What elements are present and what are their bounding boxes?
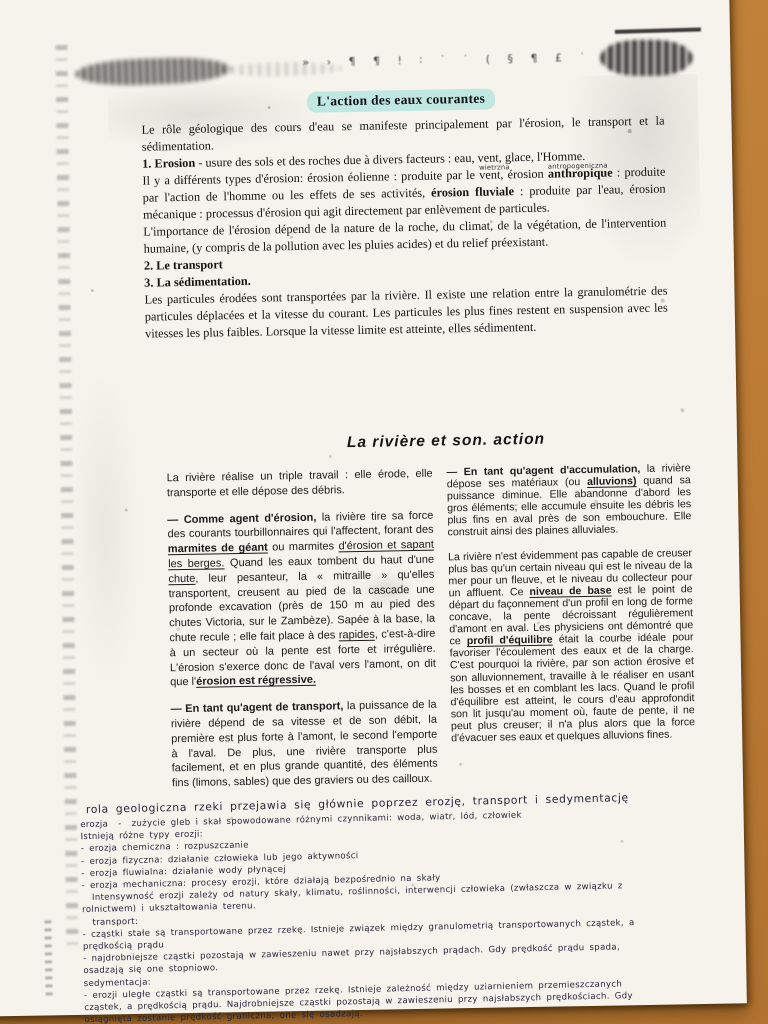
article-lead: La rivière réalise un triple travail : e… (167, 467, 433, 501)
scan-smudge-top-left (75, 56, 231, 87)
scanned-page: » › ¶ ¶ ! ∶ ˙ ˙ ( § ¶ £ ˙ L'action des e… (0, 0, 747, 1017)
scan-stain (68, 369, 144, 690)
scan-pen-marks-bottom-left (44, 920, 52, 1000)
article-paragraph-transport-agent: — En tant qu'agent de transport, la puis… (171, 698, 439, 791)
handwritten-notes: rola geologiczna rzeki przejawia się głó… (80, 791, 657, 1024)
page-title-wrap: L'action des eaux courantes (141, 86, 661, 116)
scan-line-top-right (615, 27, 701, 33)
article-clipping: La rivière et son. action La rivière réa… (166, 428, 696, 803)
scan-ink-marks: » › ¶ ¶ ! ∶ ˙ ˙ ( § ¶ £ ˙ (302, 50, 632, 74)
handwritten-annotation: antropogeniczna (548, 157, 608, 175)
article-columns: La rivière réalise un triple travail : e… (167, 462, 697, 803)
article-heading: La rivière et son. action (166, 428, 690, 455)
article-column-left: La rivière réalise un triple travail : e… (167, 467, 439, 804)
note-lines: erozja - zużycie gleb i skał spowodowane… (80, 807, 656, 1024)
intro-paragraph-erosion-types: Il y a différents types d'érosion: érosi… (142, 164, 666, 224)
article-column-right: — En tant qu'agent d'accumulation, la ri… (446, 462, 696, 798)
handwritten-annotation: wietrzna (479, 159, 510, 177)
scan-smudge-top-left-tail (222, 61, 342, 77)
article-paragraph-base-level: La rivière n'est évidemment pas capable … (448, 547, 695, 745)
article-paragraph-accumulation-agent: — En tant qu'agent d'accumulation, la ri… (446, 462, 691, 539)
scan-binding-band-left (55, 45, 78, 950)
article-paragraph-erosion-agent: — Comme agent d'érosion, la rivière tire… (167, 508, 436, 690)
page-title: L'action des eaux courantes (307, 89, 496, 113)
scan-smudge-top-right (600, 40, 692, 76)
intro-paragraph-particles: Les particules érodées sont transportées… (144, 283, 668, 343)
intro-section: Le rôle géologique des cours d'eau se ma… (141, 113, 668, 343)
